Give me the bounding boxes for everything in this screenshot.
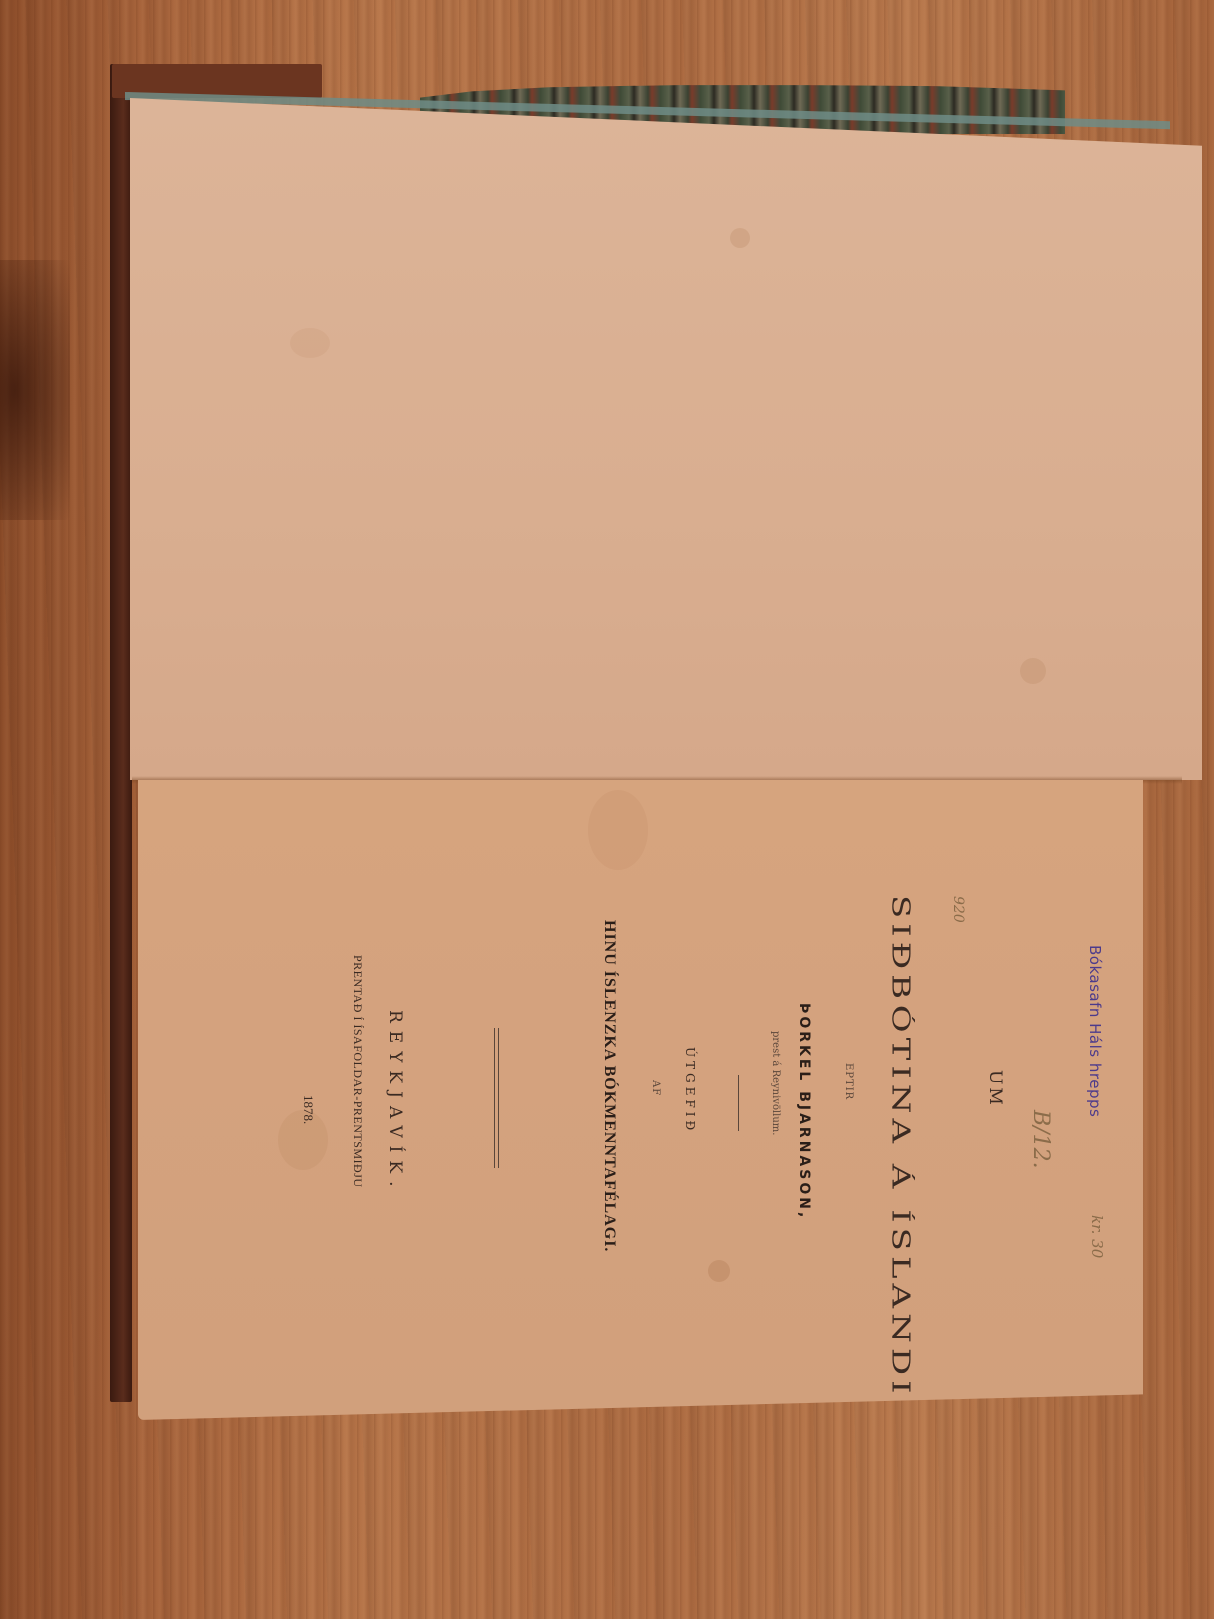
double-rule-b — [498, 1028, 499, 1168]
handwritten-mark: kr. 30 — [1088, 1215, 1106, 1258]
printer-line: PRENTAÐ Í ÍSAFOLDAR-PRENTSMIÐJU — [350, 955, 365, 1188]
publication-year: 1878. — [300, 1095, 316, 1124]
book-cover-board — [110, 64, 132, 1402]
double-rule-a — [494, 1028, 495, 1168]
published-label: ÚTGEFIÐ — [683, 1047, 697, 1134]
page-spot — [290, 328, 330, 358]
page-spot — [1020, 658, 1046, 684]
table-shadow — [0, 260, 70, 520]
library-stamp: Bókasafn Háls hrepps — [1086, 945, 1104, 1117]
page-spot — [588, 790, 648, 870]
page-spot — [708, 1260, 730, 1282]
book-title: SIÐBÓTINA Á ÍSLANDI — [886, 895, 914, 1399]
author-name: ÞORKEL BJARNASON, — [796, 1003, 812, 1220]
author-title: prest á Reynivöllum. — [770, 1031, 781, 1135]
flyleaf-page — [130, 98, 1202, 780]
by-label: EPTIR — [843, 1063, 854, 1100]
publication-city: REYKJAVÍK. — [385, 1010, 405, 1194]
handwritten-number: 920 — [950, 896, 966, 923]
title-preposition: UM — [985, 1070, 1005, 1108]
of-label: AF — [650, 1080, 661, 1096]
page-spot — [730, 228, 750, 248]
short-rule — [738, 1075, 739, 1131]
handwritten-shelfmark: B/12. — [1028, 1110, 1053, 1169]
publisher-name: HINU ÍSLENZKA BÓKMENNTAFÉLAGI. — [600, 920, 618, 1252]
